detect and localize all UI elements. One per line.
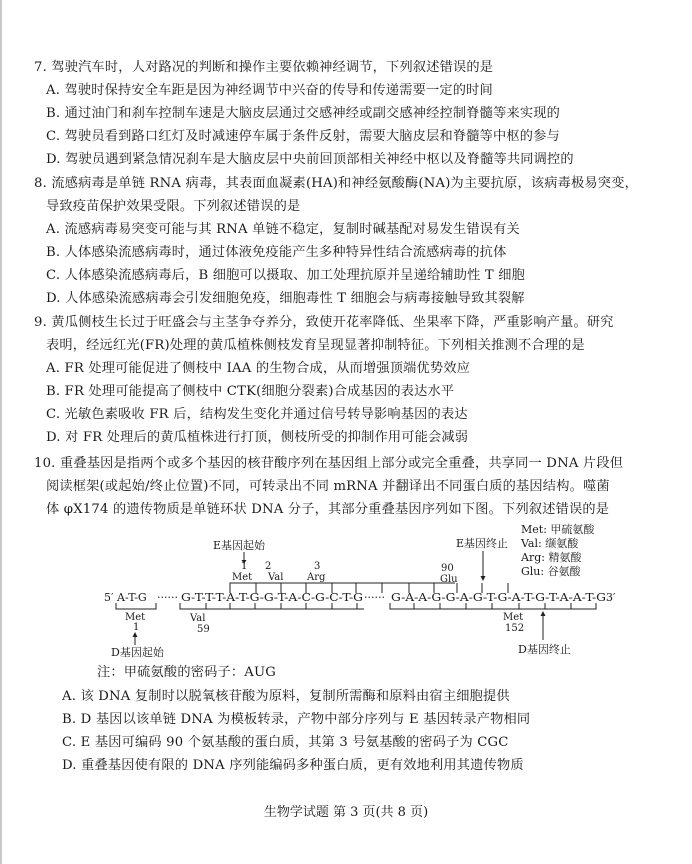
svg-text:Val: Val: [189, 613, 205, 624]
question-8-option-d: D. 人体感染流感病毒会引发细胞免疫，细胞毒性 T 细胞会与病毒接触导致其裂解: [46, 290, 525, 308]
overlapping-gene-diagram: Met: 甲硫氨酸 Val: 缬氨酸 Arg: 精氨酸 Glu: 谷氨酸 E基因…: [0, 520, 692, 660]
dna-sequence: 5′ A-T-G ······ G-T-T-T-A-T-G-G-T-A-C-G-…: [104, 591, 616, 604]
svg-text:······: ······: [157, 591, 178, 604]
svg-text:3′: 3′: [606, 591, 616, 604]
svg-text:1: 1: [241, 561, 247, 572]
svg-text:Arg: Arg: [306, 572, 326, 583]
e-gene-end-label: E基因终止: [456, 536, 508, 550]
svg-text:Glu: 谷氨酸: Glu: 谷氨酸: [521, 564, 582, 578]
question-8-option-b: B. 人体感染流感病毒时，通过体液免疫能产生多种特异性结合流感病毒的抗体: [46, 244, 506, 262]
svg-text:59: 59: [197, 624, 210, 635]
question-10-stem-cont-2: 体 φX174 的遗传物质是单链环状 DNA 分子，其部分重叠基因序列如下图。下…: [46, 501, 609, 519]
question-9-option-c: C. 光敏色素吸收 FR 后，结构发生变化并通过信号转导影响基因的表达: [46, 406, 468, 424]
question-7-option-d: D. 驾驶员遇到紧急情况刹车是大脑皮层中央前回顶部相关神经中枢以及脊髓等共同调控…: [46, 151, 574, 169]
question-9-option-a: A. FR 处理可能促进了侧枝中 IAA 的生物合成，从而增强顶端优势效应: [46, 360, 470, 378]
question-10-option-c: C. E 基因可编码 90 个氨基酸的蛋白质，其第 3 号氨基酸的密码子为 CG…: [62, 734, 509, 752]
question-10-stem-cont-1: 阅读框架(或起始/终止位置)不同，可转录出不同 mRNA 并翻译出不同蛋白质的基…: [46, 478, 610, 496]
question-8-option-c: C. 人体感染流感病毒后，B 细胞可以摄取、加工处理抗原并呈递给辅助性 T 细胞: [46, 267, 525, 285]
question-8-stem-cont: 导致疫苗保护效果受限。下列叙述错误的是: [46, 198, 300, 216]
question-10-option-a: A. 该 DNA 复制时以脱氧核苷酸为原料，复制所需酶和原料由宿主细胞提供: [62, 688, 510, 706]
svg-text:3: 3: [314, 561, 320, 572]
svg-text:Met: 甲硫氨酸: Met: 甲硫氨酸: [521, 522, 595, 536]
page-footer: 生物学试题 第 3 页(共 8 页): [0, 801, 692, 820]
svg-text:Met: Met: [232, 572, 252, 583]
svg-text:2: 2: [265, 561, 271, 572]
d-gene-end-label: D基因终止: [518, 642, 571, 656]
question-9-option-b: B. FR 处理可能提高了侧枝中 CTK(细胞分裂素)合成基因的表达水平: [46, 383, 454, 401]
svg-text:A-T-G: A-T-G: [116, 591, 147, 604]
svg-text:90: 90: [441, 563, 454, 574]
svg-text:Met: Met: [503, 612, 523, 623]
e-gene-start-label: E基因起始: [213, 538, 266, 552]
svg-text:Val: Val: [267, 572, 283, 583]
amino-acid-legend: Met: 甲硫氨酸 Val: 缬氨酸 Arg: 精氨酸 Glu: 谷氨酸: [520, 522, 595, 578]
question-7-option-c: C. 驾驶员看到路口红灯及时减速停车属于条件反射，需要大脑皮层和脊髓等中枢的参与: [46, 128, 560, 146]
question-8-stem: 8. 流感病毒是单链 RNA 病毒，其表面血凝素(HA)和神经氨酸酶(NA)为主…: [34, 175, 638, 193]
question-8-option-a: A. 流感病毒易突变可能与其 RNA 单链不稳定，复制时碱基配对易发生错误有关: [46, 221, 520, 239]
page-left-border: [0, 0, 2, 864]
question-7-stem: 7. 驾驶汽车时，人对路况的判断和操作主要依赖神经调节，下列叙述错误的是: [34, 59, 493, 77]
question-10-note: 注：甲硫氨酸的密码子：AUG: [97, 664, 276, 682]
svg-text:Arg: 精氨酸: Arg: 精氨酸: [520, 550, 582, 564]
question-9-option-d: D. 对 FR 处理后的黄瓜植株进行打顶，侧枝所受的抑制作用可能会减弱: [46, 429, 468, 447]
svg-text:······: ······: [364, 591, 385, 604]
svg-text:152: 152: [505, 623, 524, 634]
question-7-option-a: A. 驾驶时保持安全车距是因为神经调节中兴奋的传导和传递需要一定的时间: [46, 82, 493, 100]
question-7-option-b: B. 通过油门和刹车控制车速是大脑皮层通过交感神经或副交感神经控制脊髓等来实现的: [46, 105, 560, 123]
svg-text:G-T-T-T-A-T-G-G-T-A-C-G-C-T-G: G-T-T-T-A-T-G-G-T-A-C-G-C-T-G: [181, 591, 363, 604]
svg-text:5′: 5′: [104, 591, 114, 604]
question-9-stem-cont: 表明，经远红光(FR)处理的黄瓜植株侧枝发育呈现显著抑制特征。下列相关推测不合理…: [46, 337, 585, 355]
svg-text:1: 1: [133, 622, 139, 633]
svg-text:G-A-A-G-G-A-G-T-G-A-T-G-T-A-A-: G-A-A-G-G-A-G-T-G-A-T-G-T-A-A-T-G: [391, 591, 606, 604]
question-10-stem: 10. 重叠基因是指两个或多个基因的核苷酸序列在基因组上部分或完全重叠，共享同一…: [34, 455, 623, 473]
svg-text:Val: 缬氨酸: Val: 缬氨酸: [520, 536, 579, 550]
question-10-option-d: D. 重叠基因使有限的 DNA 序列能编码多种蛋白质，更有效地利用其遗传物质: [62, 757, 524, 775]
question-10-option-b: B. D 基因以该单链 DNA 为模板转录，产物中部分序列与 E 基因转录产物相…: [62, 711, 530, 729]
d-gene-start-label: D基因起始: [111, 645, 165, 659]
question-9-stem: 9. 黄瓜侧枝生长过于旺盛会与主茎争夺养分，致使开花率降低、坐果率下降，严重影响…: [34, 314, 614, 332]
